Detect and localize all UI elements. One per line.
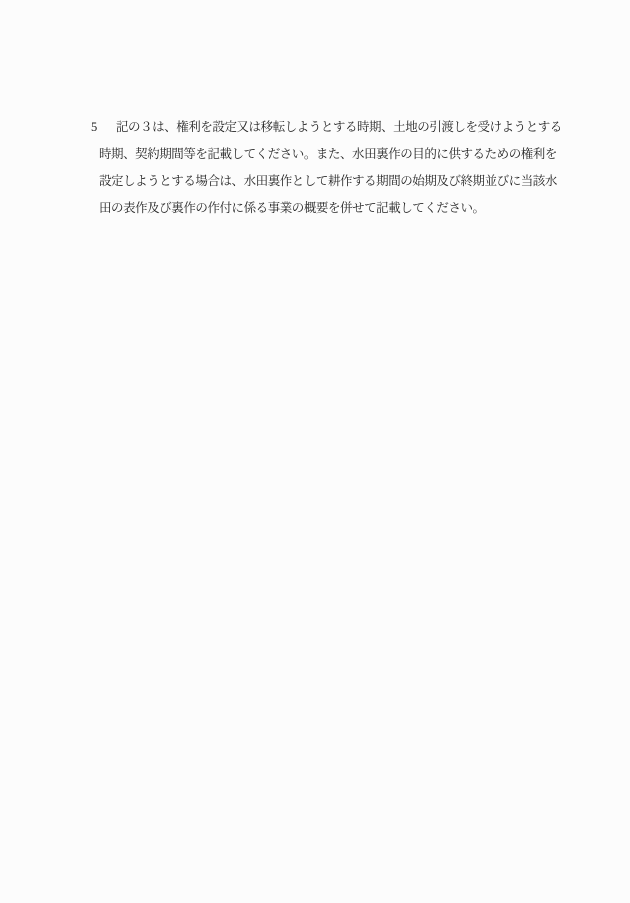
note-line-text: 田の表作及び裏作の作付に係る事業の概要を併せて記載してください。 [99, 201, 485, 215]
note-line-text: 設定しようとする場合は、水田裏作として耕作する期間の始期及び終期並びに当該水 [99, 174, 557, 188]
note-line: 設定しようとする場合は、水田裏作として耕作する期間の始期及び終期並びに当該水 [91, 168, 566, 195]
document-page: 5記の３は、権利を設定又は移転しようとする時期、土地の引渡しを受けようとする 時… [0, 0, 630, 903]
note-line: 田の表作及び裏作の作付に係る事業の概要を併せて記載してください。 [91, 195, 566, 222]
note-line: 時期、契約期間等を記載してください。また、水田裏作の目的に供するための権利を [91, 141, 566, 168]
note-number: 5 [91, 114, 116, 141]
instruction-note: 5記の３は、権利を設定又は移転しようとする時期、土地の引渡しを受けようとする 時… [91, 114, 566, 222]
note-line-text: 記の３は、権利を設定又は移転しようとする時期、土地の引渡しを受けようとする [116, 120, 562, 134]
note-line-text: 時期、契約期間等を記載してください。また、水田裏作の目的に供するための権利を [99, 147, 557, 161]
note-line: 5記の３は、権利を設定又は移転しようとする時期、土地の引渡しを受けようとする [91, 114, 566, 141]
